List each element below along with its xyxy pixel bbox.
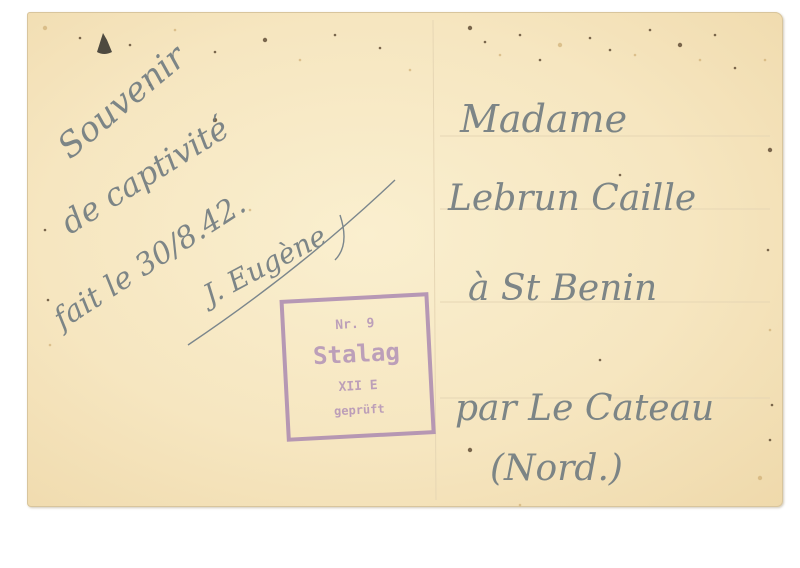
- address-line: par Le Cateau: [455, 388, 714, 429]
- address-line: Madame: [459, 97, 627, 141]
- stamp-title: Stalag: [312, 338, 400, 370]
- stamp-verified: geprüft: [334, 402, 385, 419]
- address-block: Madame Lebrun Caille à St Benin par Le C…: [447, 97, 714, 489]
- stamp-number: Nr. 9: [335, 316, 375, 333]
- ink-blot: [97, 33, 112, 54]
- address-line: à St Benin: [468, 268, 657, 309]
- signature-flourish: [335, 215, 344, 260]
- postcard-content: Souvenir de captivité fait le 30/8.42. J…: [0, 0, 800, 568]
- address-line: (Nord.): [490, 448, 623, 489]
- stamp-code: XII E: [338, 378, 378, 395]
- address-line: Lebrun Caille: [447, 178, 696, 219]
- censor-stamp: Nr. 9 Stalag XII E geprüft: [282, 294, 434, 439]
